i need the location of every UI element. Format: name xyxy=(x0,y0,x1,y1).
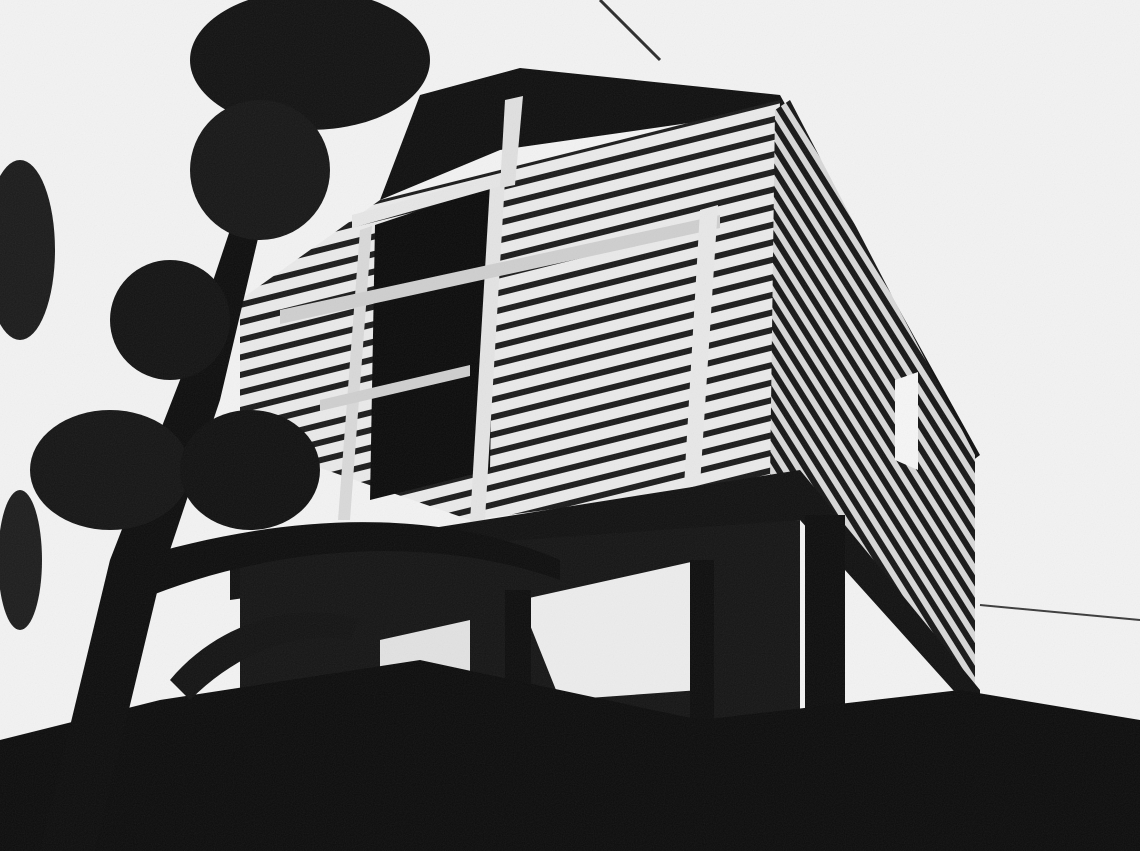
photograph: Black-and-white photograph of an elevate… xyxy=(0,0,1140,851)
photo-illustration xyxy=(0,0,1140,851)
